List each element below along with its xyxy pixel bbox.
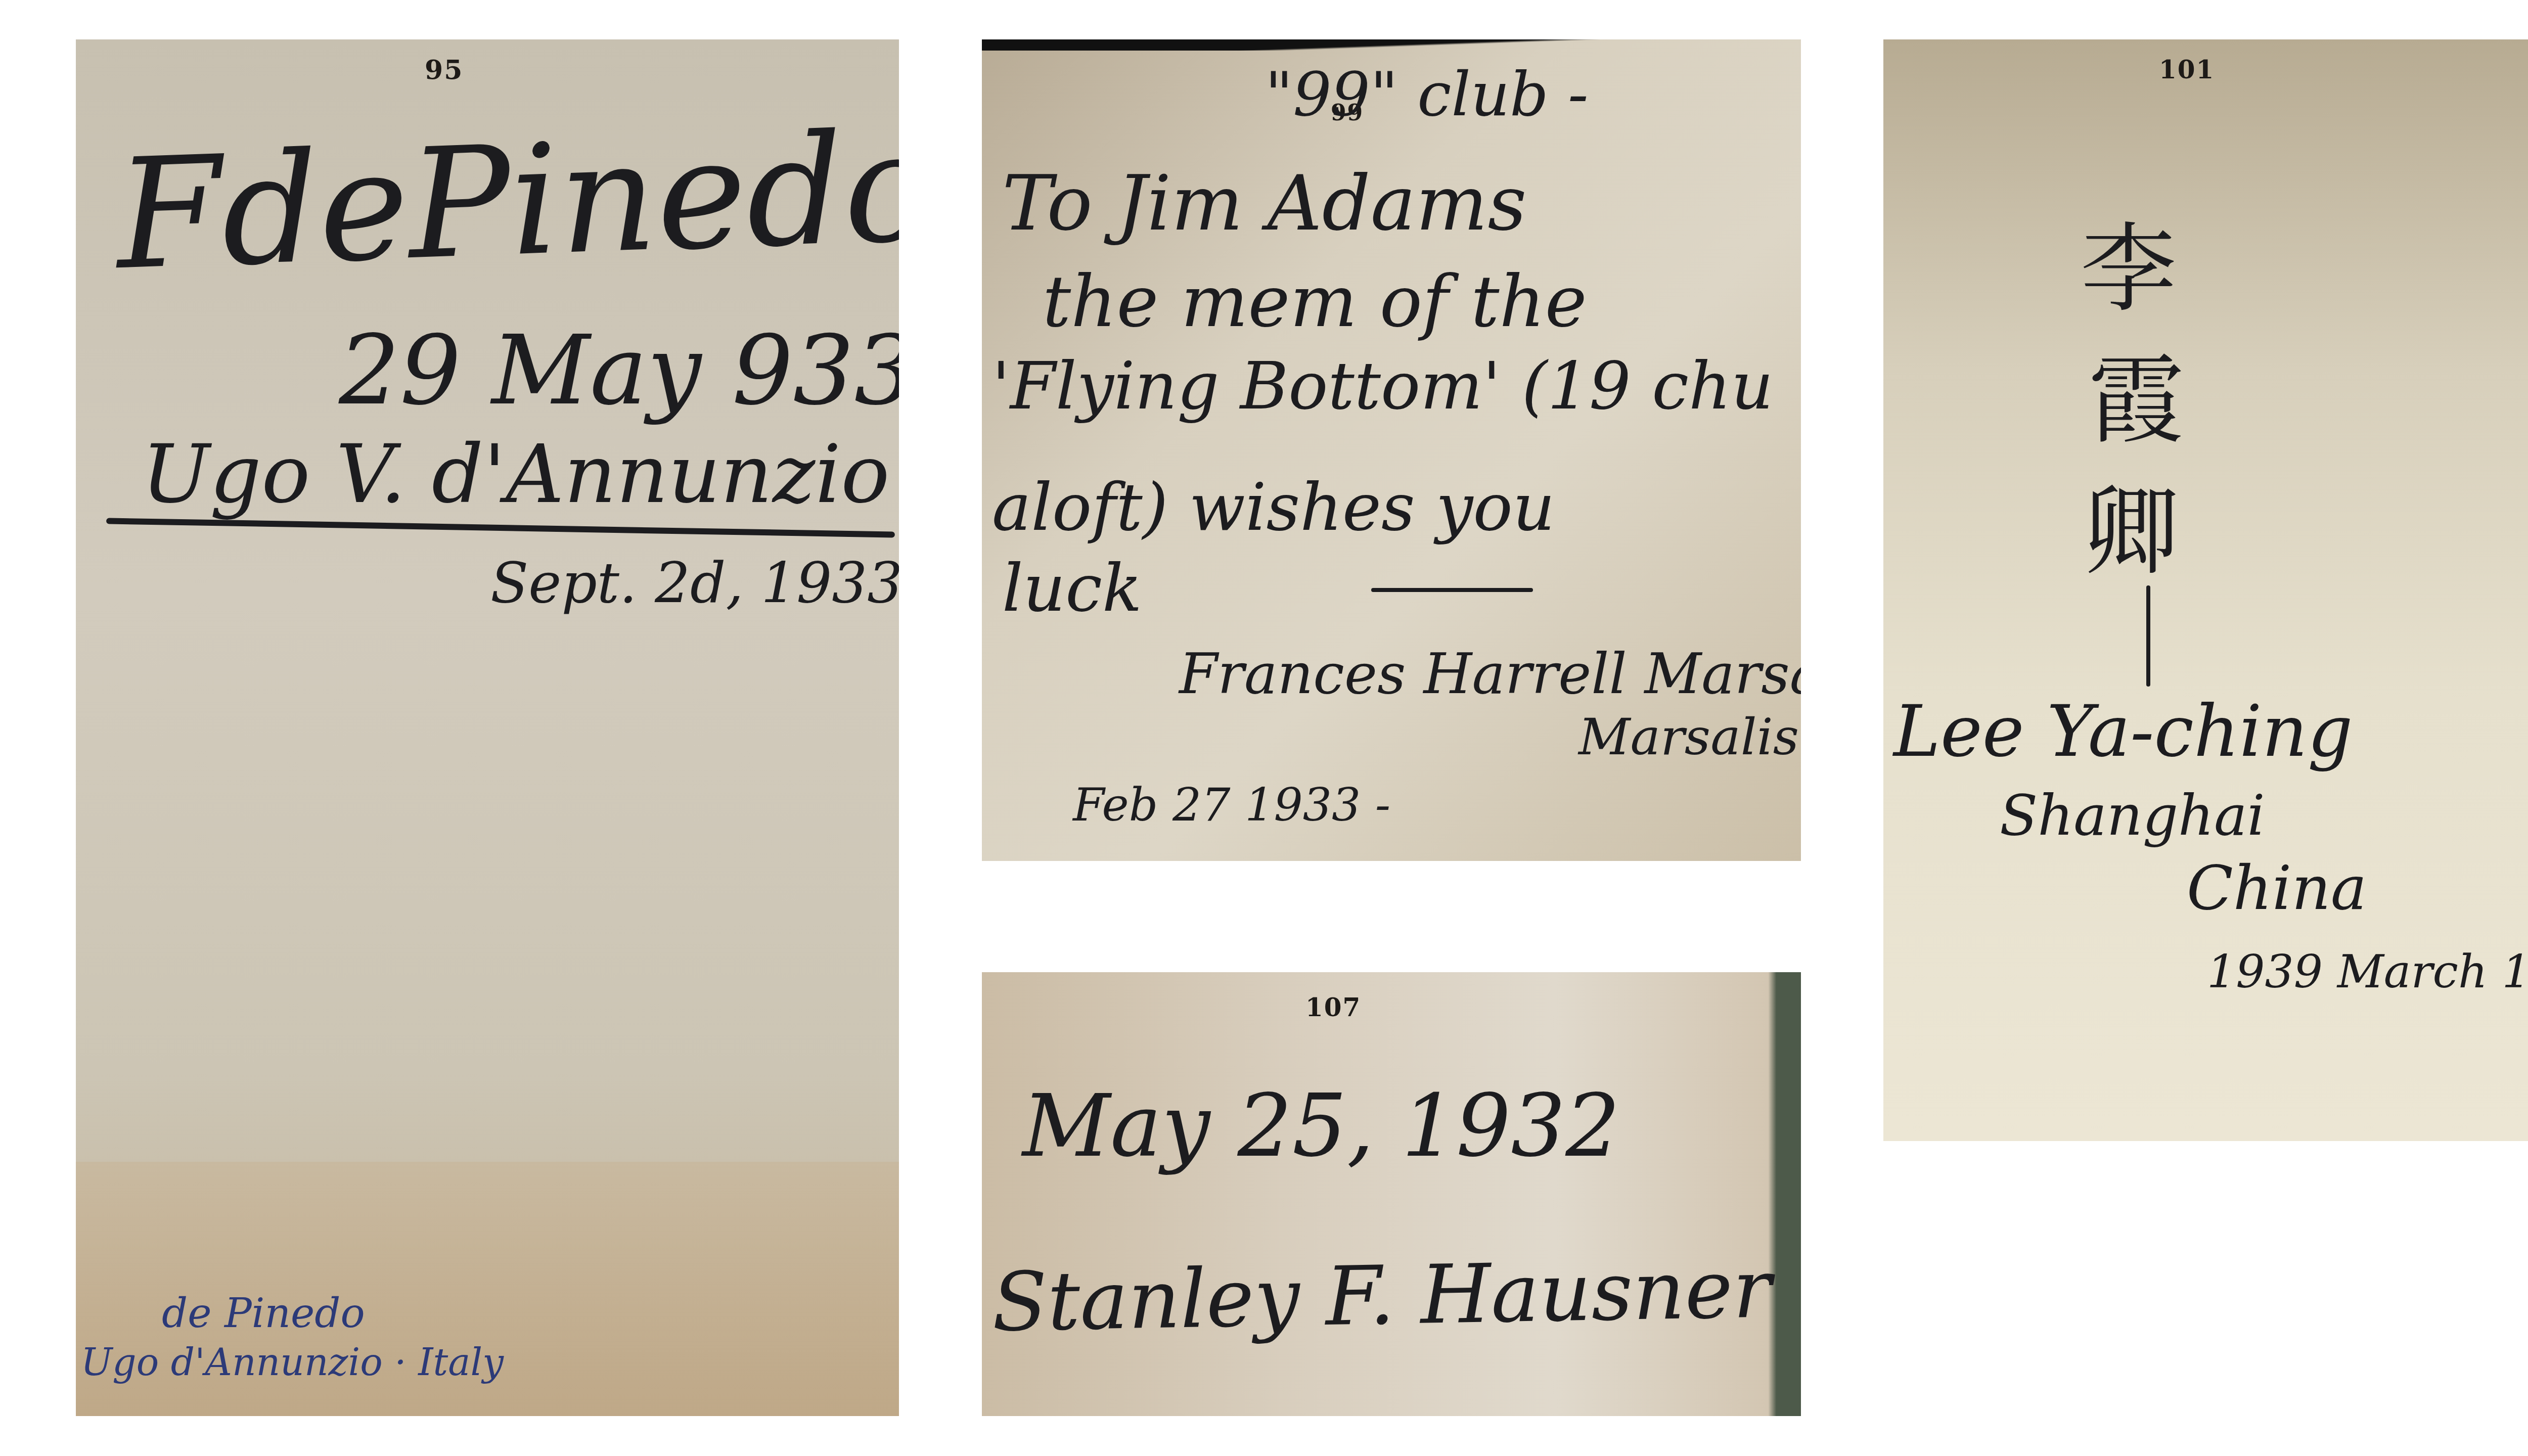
autograph-page-101: 101 李 霞 卿 Lee Ya-ching Shanghai China 19…	[1883, 39, 2528, 1141]
de-pinedo-signature: FdePinedo	[114, 111, 899, 291]
annotation-line-1: de Pinedo	[162, 1293, 365, 1334]
page-number: 107	[1305, 992, 1361, 1022]
lee-ya-ching-signature: Lee Ya-ching	[1893, 697, 2353, 767]
signature-second-line: Marsalis	[1578, 712, 1799, 762]
page-shadow	[982, 39, 1801, 51]
page-number: 95	[425, 55, 463, 85]
inscription-line-2: the mem of the	[1043, 267, 1587, 338]
autograph-page-107: 107 May 25, 1932 Stanley F. Hausner	[982, 972, 1801, 1416]
inscription-line-3: 'Flying Bottom' (19 chu	[992, 353, 1773, 419]
club-header-note: "99" club -	[1265, 65, 1589, 125]
autograph-page-95: 95 FdePinedo 29 May 933 Ugo V. d'Annunzi…	[76, 39, 899, 1416]
signature-stroke	[2146, 585, 2150, 687]
chinese-character-1: 李	[2081, 221, 2177, 317]
inscription-date: May 25, 1932	[1022, 1083, 1620, 1169]
page-number: 101	[2159, 55, 2215, 84]
marsalis-signature: Frances Harrell Marsalis	[1179, 646, 1801, 702]
dannunzio-signature: Ugo V. d'Annunzio	[142, 434, 890, 515]
inscription-line-4: aloft) wishes you	[992, 474, 1555, 540]
signature-date: 1939 March 17th	[2207, 949, 2528, 995]
signature-date: 29 May 933	[339, 323, 899, 419]
location-country: China	[2187, 858, 2367, 919]
inscription-line-1: To Jim Adams	[1002, 166, 1526, 242]
second-signature-date: Sept. 2d, 1933	[490, 555, 899, 611]
location-city: Shanghai	[2000, 788, 2265, 843]
chinese-character-2: 霞	[2088, 353, 2184, 449]
autograph-page-99: 99 "99" club - To Jim Adams the mem of t…	[982, 39, 1801, 861]
hausner-signature: Stanley F. Hausner	[991, 1249, 1772, 1343]
dash-line	[1371, 588, 1533, 592]
chinese-character-3: 卿	[2083, 484, 2179, 580]
inscription-line-5: luck	[1002, 555, 1142, 621]
inscription-date: Feb 27 1933 -	[1073, 783, 1390, 828]
annotation-line-2: Ugo d'Annunzio · Italy	[81, 1344, 504, 1381]
